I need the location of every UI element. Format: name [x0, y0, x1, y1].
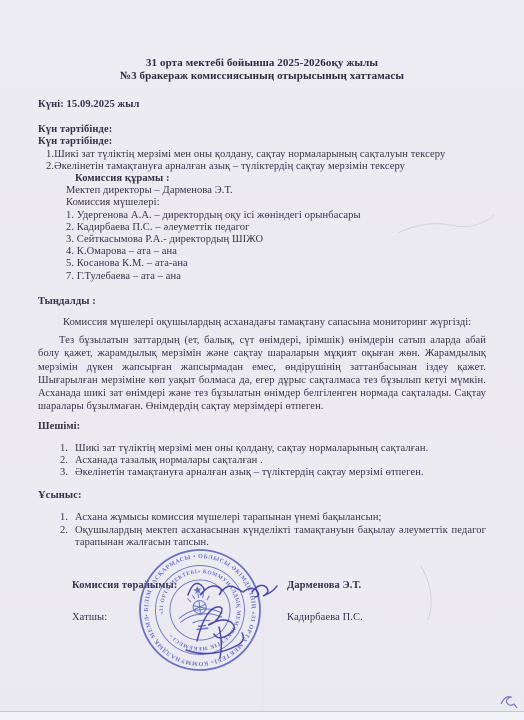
proposal-item: 1. Асхана жұмысы комиссия мүшелері тарап… — [60, 512, 486, 524]
proposal-item-number: 2. — [60, 525, 75, 549]
commission-member: 1. Удергенова А.А. – директордың оқу ісі… — [66, 210, 486, 222]
chair-name: Дарменова Э.Т. — [287, 580, 361, 592]
document-title: 31 орта мектебі бойынша 2025-2026оқу жыл… — [38, 57, 486, 83]
date-line: Күні: 15.09.2025 жыл — [38, 99, 486, 111]
proposal-item: 2. Оқушылардың мектеп асханасынан күндел… — [60, 525, 486, 549]
decision-item-text: Шикі зат түліктің мерзімі мен оны қолдан… — [75, 443, 486, 455]
decision-item-text: Асханада тазалық нормалары сақталған . — [75, 455, 486, 467]
proposal-list: 1. Асхана жұмысы комиссия мүшелері тарап… — [60, 512, 486, 549]
corner-pen-mark — [501, 697, 517, 708]
agenda-heading-2: Күн тәртібінде: — [38, 136, 486, 148]
heard-paragraph: Тез бұзылатын заттардың (ет, балық, сүт … — [38, 334, 486, 413]
decision-item: 1. Шикі зат түліктің мерзімі мен оны қол… — [60, 443, 486, 455]
secretary-signature-row: Хатшы: Кадирбаева П.С. — [38, 612, 486, 625]
decision-list: 1. Шикі зат түліктің мерзімі мен оны қол… — [60, 443, 486, 480]
proposal-item-number: 1. — [60, 512, 75, 524]
agenda-item-1: 1.Шикі зат түліктің мерзімі мен оны қолд… — [46, 149, 486, 161]
chair-label: Комиссия төрайымы: — [72, 580, 177, 591]
commission-heading: Комиссия құрамы : — [75, 173, 486, 185]
commission-director: Мектеп директоры – Дарменова Э.Т. — [66, 185, 486, 197]
title-line-1: 31 орта мектебі бойынша 2025-2026оқу жыл… — [38, 57, 486, 70]
decision-item-number: 3. — [60, 467, 75, 479]
decision-item: 2. Асханада тазалық нормалары сақталған … — [60, 455, 486, 467]
decision-item-number: 1. — [60, 443, 75, 455]
commission-members-heading: Комиссия мүшелері: — [66, 197, 486, 209]
commission-member: 2. Кадирбаева П.С. – әлеуметтік педагог — [66, 222, 486, 234]
decision-item: 3. Әкелінетін тамақтануға арналған азық … — [60, 467, 486, 479]
document-page: 31 орта мектебі бойынша 2025-2026оқу жыл… — [0, 0, 524, 720]
decision-item-number: 2. — [60, 455, 75, 467]
page-below-edge — [0, 712, 524, 720]
proposal-item-text: Асхана жұмысы комиссия мүшелері тарапына… — [75, 512, 486, 524]
commission-member: 4. К.Омарова – ата – ана — [66, 246, 486, 258]
document-content: 31 орта мектебі бойынша 2025-2026оқу жыл… — [38, 0, 486, 625]
commission-member: 7. Г.Тулебаева – ата – ана — [66, 271, 486, 283]
heard-intro: Комиссия мүшелері оқушылардың асханадағы… — [38, 317, 486, 329]
secretary-name: Кадирбаева П.С. — [287, 612, 363, 624]
title-line-2: №3 бракераж комиссиясының отырысының хат… — [38, 70, 486, 83]
heard-heading: Тыңдалды : — [38, 296, 486, 308]
commission-block: Комиссия құрамы : Мектеп директоры – Дар… — [66, 173, 486, 283]
secretary-label: Хатшы: — [72, 612, 107, 623]
agenda-heading-1: Күн тәртібінде: — [38, 124, 486, 136]
commission-member: 3. Сейткасымова Р.А.- директордың ШІЖО — [66, 234, 486, 246]
agenda-item-2: 2.Әкелінетін тамақтануға арналған азық –… — [46, 161, 486, 173]
proposal-item-text: Оқушылардың мектеп асханасынан күнделікт… — [75, 525, 486, 549]
commission-member: 5. Косанова К.М. – ата-ана — [66, 258, 486, 270]
decision-heading: Шешімі: — [38, 421, 486, 433]
chair-signature-row: Комиссия төрайымы: Дарменова Э.Т. — [38, 580, 486, 593]
proposal-heading: Ұсыныс: — [38, 490, 486, 502]
decision-item-text: Әкелінетін тамақтануға арналған азық – т… — [75, 467, 486, 479]
